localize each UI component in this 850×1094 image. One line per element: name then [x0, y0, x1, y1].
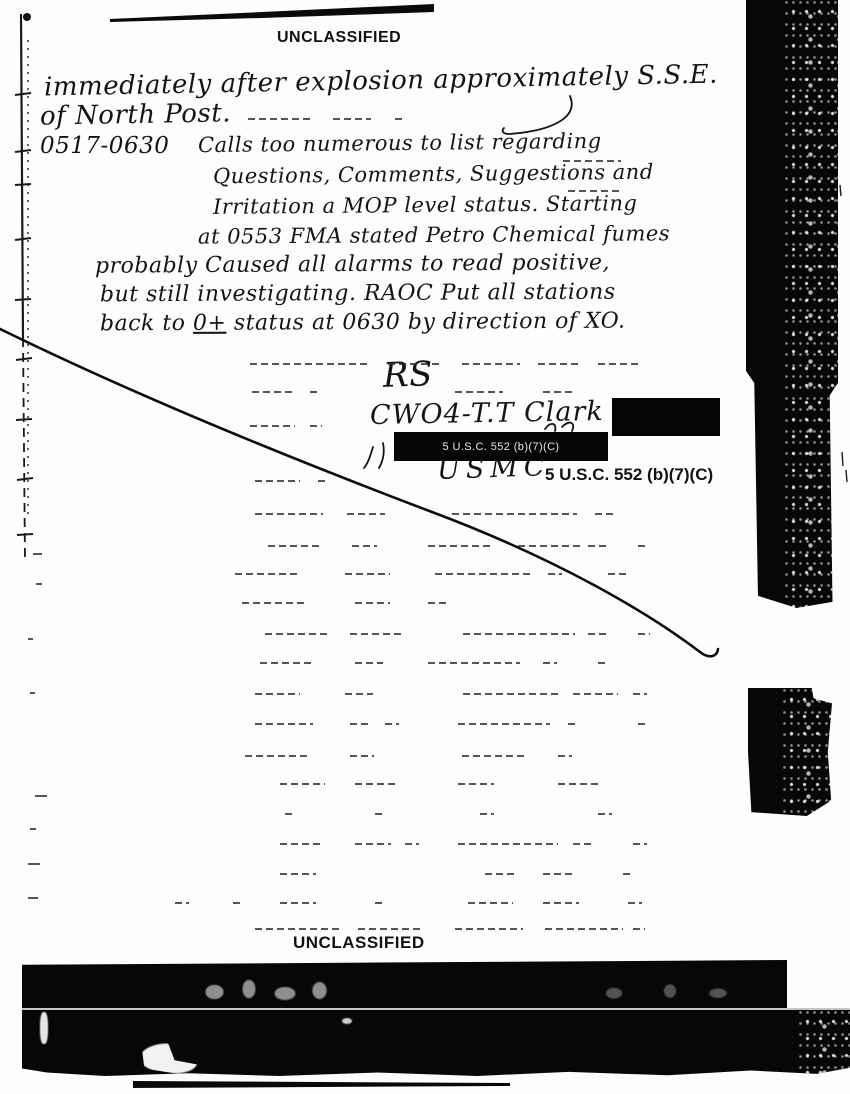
dotted-leader [280, 783, 325, 785]
dotted-leader [280, 843, 320, 845]
dotted-leader [255, 928, 343, 930]
dotted-leader [545, 928, 623, 930]
dotted-leader [543, 873, 573, 875]
dotted-leader [255, 480, 300, 482]
dotted-leader [638, 545, 646, 547]
dotted-leader [573, 843, 593, 845]
dotted-leader [543, 662, 557, 664]
dotted-leader [280, 873, 316, 875]
dotted-leader [175, 902, 189, 904]
dotted-leader [250, 363, 368, 365]
dotted-leader [345, 573, 390, 575]
dotted-leader [588, 633, 608, 635]
dotted-leader [573, 693, 618, 695]
dotted-leader [252, 391, 294, 393]
dotted-leader [355, 662, 383, 664]
dotted-leader [375, 813, 385, 815]
scanned-document-page: UNCLASSIFIED immediately after explosion… [0, 0, 850, 1094]
dotted-leader [480, 813, 494, 815]
dotted-leader [435, 573, 530, 575]
dotted-leader [310, 425, 322, 427]
dotted-leader [285, 813, 295, 815]
dotted-leader [588, 545, 606, 547]
dotted-leader [608, 573, 630, 575]
dotted-leader [633, 843, 647, 845]
dotted-leader [568, 723, 578, 725]
dotted-leader [598, 813, 612, 815]
margin-dash-mark [36, 583, 42, 585]
dotted-leader [463, 633, 575, 635]
dotted-leader [347, 513, 385, 515]
dotted-leader [623, 873, 633, 875]
margin-dash-mark [28, 897, 38, 899]
dotted-leader [280, 902, 316, 904]
dotted-leader [428, 602, 448, 604]
dotted-leader [543, 391, 575, 393]
dotted-leader [245, 755, 309, 757]
dotted-leader [452, 513, 577, 515]
dotted-leader [235, 573, 297, 575]
dotted-leader-layer [0, 0, 850, 1094]
dotted-leader [358, 928, 420, 930]
dotted-leader [375, 902, 385, 904]
dotted-leader [428, 662, 520, 664]
dotted-leader [563, 160, 621, 162]
dotted-leader [485, 873, 515, 875]
dotted-leader [558, 755, 572, 757]
dotted-leader [345, 693, 373, 695]
dotted-leader [405, 843, 419, 845]
dotted-leader [458, 783, 494, 785]
dotted-leader [458, 723, 550, 725]
dotted-leader [333, 118, 371, 120]
margin-dash-mark [28, 638, 33, 640]
dotted-leader [350, 633, 405, 635]
dotted-leader [462, 755, 528, 757]
dotted-leader [250, 425, 295, 427]
dotted-leader [462, 363, 520, 365]
dotted-leader [518, 545, 580, 547]
dotted-leader [455, 391, 503, 393]
dotted-leader [260, 662, 312, 664]
dotted-leader [385, 723, 399, 725]
dotted-leader [355, 843, 391, 845]
dotted-leader [633, 928, 645, 930]
dotted-leader [255, 513, 323, 515]
margin-dash-mark [28, 863, 40, 865]
dotted-leader [355, 602, 390, 604]
dotted-leader [265, 633, 330, 635]
dotted-leader [455, 928, 523, 930]
dotted-leader [310, 391, 320, 393]
dotted-leader [543, 902, 579, 904]
dotted-leader [463, 693, 558, 695]
dotted-leader [350, 723, 372, 725]
dotted-leader [595, 513, 613, 515]
dotted-leader [242, 602, 307, 604]
margin-dash-mark [35, 795, 47, 797]
dotted-leader [458, 843, 558, 845]
dotted-leader [255, 693, 300, 695]
dotted-leader [255, 723, 313, 725]
dotted-leader [395, 118, 403, 120]
dotted-leader [388, 363, 443, 365]
dotted-leader [268, 545, 320, 547]
dotted-leader [318, 480, 326, 482]
dotted-leader [468, 902, 513, 904]
dotted-leader [568, 190, 620, 192]
dotted-leader [233, 902, 241, 904]
dotted-leader [350, 755, 374, 757]
dotted-leader [428, 545, 490, 547]
dotted-leader [638, 633, 650, 635]
margin-dash-mark [33, 553, 42, 555]
margin-dash-mark [30, 692, 35, 694]
dotted-leader [633, 693, 647, 695]
dotted-leader [628, 902, 642, 904]
dotted-leader [598, 662, 608, 664]
dotted-leader [355, 783, 395, 785]
dotted-leader [638, 723, 648, 725]
dotted-leader [248, 118, 310, 120]
dotted-leader [558, 783, 598, 785]
dotted-leader [548, 573, 562, 575]
dotted-leader [538, 363, 580, 365]
dotted-leader [598, 363, 638, 365]
margin-dash-mark [30, 828, 36, 830]
dotted-leader [352, 545, 377, 547]
